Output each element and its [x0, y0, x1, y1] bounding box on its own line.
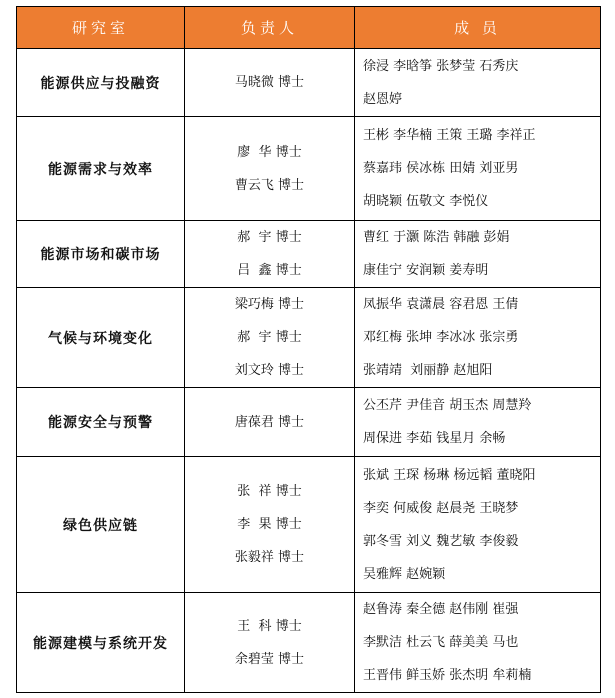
header-department: 研究室	[17, 7, 185, 49]
members-cell: 张斌 王琛 杨琳 杨远韬 董晓阳 李奕 何威俊 赵晨尧 王晓梦 郭冬雪 刘义 魏…	[355, 457, 601, 593]
leader-name: 余碧莹 博士	[185, 643, 354, 676]
members-cell: 凤振华 袁潇晨 容君恩 王倩 邓红梅 张坤 李冰冰 张宗勇 张靖靖 刘丽静 赵旭…	[355, 288, 601, 388]
leader-name: 张 祥 博士	[185, 475, 354, 508]
leader-cell: 王 科 博士 余碧莹 博士	[185, 593, 355, 693]
leader-cell: 郝 宇 博士 吕 鑫 博士	[185, 221, 355, 288]
leader-cell: 唐葆君 博士	[185, 388, 355, 457]
header-leader: 负责人	[185, 7, 355, 49]
table-row: 能源供应与投融资 马晓微 博士 徐浸 李晗筝 张梦莹 石秀庆 赵恩婷	[17, 49, 601, 117]
leader-name: 郝 宇 博士	[185, 321, 354, 354]
members-line: 李奕 何威俊 赵晨尧 王晓梦	[363, 492, 600, 525]
members-line: 邓红梅 张坤 李冰冰 张宗勇	[363, 321, 600, 354]
department-name: 绿色供应链	[17, 457, 185, 593]
department-name: 能源建模与系统开发	[17, 593, 185, 693]
leader-cell: 廖 华 博士 曹云飞 博士	[185, 117, 355, 221]
table-header-row: 研究室 负责人 成 员	[17, 7, 601, 49]
members-line: 张斌 王琛 杨琳 杨远韬 董晓阳	[363, 459, 600, 492]
department-name: 能源安全与预警	[17, 388, 185, 457]
members-line: 李默洁 杜云飞 薛美美 马也	[363, 626, 600, 659]
members-line: 徐浸 李晗筝 张梦莹 石秀庆	[363, 50, 600, 83]
leader-name: 梁巧梅 博士	[185, 288, 354, 321]
members-line: 康佳宁 安润颖 姜寿明	[363, 254, 600, 287]
leader-cell: 马晓微 博士	[185, 49, 355, 117]
department-name: 气候与环境变化	[17, 288, 185, 388]
leader-name: 唐葆君 博士	[185, 406, 354, 439]
research-office-table: 研究室 负责人 成 员 能源供应与投融资 马晓微 博士 徐浸 李晗筝 张梦莹 石…	[16, 6, 601, 693]
table-row: 能源安全与预警 唐葆君 博士 公丕芹 尹佳音 胡玉杰 周慧羚 周保进 李茹 钱星…	[17, 388, 601, 457]
leader-cell: 张 祥 博士 李 果 博士 张毅祥 博士	[185, 457, 355, 593]
members-line: 王晋伟 鲜玉娇 张杰明 牟莉楠	[363, 659, 600, 692]
department-name: 能源供应与投融资	[17, 49, 185, 117]
leader-name: 李 果 博士	[185, 508, 354, 541]
department-name: 能源市场和碳市场	[17, 221, 185, 288]
leader-name: 王 科 博士	[185, 610, 354, 643]
leader-name: 张毅祥 博士	[185, 541, 354, 574]
members-line: 郭冬雪 刘义 魏艺敏 李俊毅	[363, 525, 600, 558]
table-row: 能源建模与系统开发 王 科 博士 余碧莹 博士 赵鲁涛 秦全德 赵伟刚 崔强 李…	[17, 593, 601, 693]
members-line: 蔡嘉玮 侯冰栋 田婧 刘亚男	[363, 152, 600, 185]
members-cell: 曹红 于灏 陈浩 韩融 彭娟 康佳宁 安润颖 姜寿明	[355, 221, 601, 288]
table-row: 绿色供应链 张 祥 博士 李 果 博士 张毅祥 博士 张斌 王琛 杨琳 杨远韬 …	[17, 457, 601, 593]
members-line: 张靖靖 刘丽静 赵旭阳	[363, 354, 600, 387]
members-cell: 徐浸 李晗筝 张梦莹 石秀庆 赵恩婷	[355, 49, 601, 117]
members-line: 曹红 于灏 陈浩 韩融 彭娟	[363, 221, 600, 254]
members-line: 吴雅辉 赵婉颖	[363, 558, 600, 591]
table-row: 能源需求与效率 廖 华 博士 曹云飞 博士 王彬 李华楠 王策 王璐 李祥正 蔡…	[17, 117, 601, 221]
table-row: 气候与环境变化 梁巧梅 博士 郝 宇 博士 刘文玲 博士 凤振华 袁潇晨 容君恩…	[17, 288, 601, 388]
members-cell: 王彬 李华楠 王策 王璐 李祥正 蔡嘉玮 侯冰栋 田婧 刘亚男 胡晓颖 伍敬文 …	[355, 117, 601, 221]
members-cell: 公丕芹 尹佳音 胡玉杰 周慧羚 周保进 李茹 钱星月 余畅	[355, 388, 601, 457]
members-line: 胡晓颖 伍敬文 李悦仪	[363, 185, 600, 218]
members-cell: 赵鲁涛 秦全德 赵伟刚 崔强 李默洁 杜云飞 薛美美 马也 王晋伟 鲜玉娇 张杰…	[355, 593, 601, 693]
members-line: 周保进 李茹 钱星月 余畅	[363, 422, 600, 455]
header-members: 成 员	[355, 7, 601, 49]
members-line: 凤振华 袁潇晨 容君恩 王倩	[363, 288, 600, 321]
leader-name: 曹云飞 博士	[185, 169, 354, 202]
members-line: 赵恩婷	[363, 83, 600, 116]
department-name: 能源需求与效率	[17, 117, 185, 221]
members-line: 公丕芹 尹佳音 胡玉杰 周慧羚	[363, 389, 600, 422]
leader-cell: 梁巧梅 博士 郝 宇 博士 刘文玲 博士	[185, 288, 355, 388]
leader-name: 刘文玲 博士	[185, 354, 354, 387]
table-row: 能源市场和碳市场 郝 宇 博士 吕 鑫 博士 曹红 于灏 陈浩 韩融 彭娟 康佳…	[17, 221, 601, 288]
leader-name: 马晓微 博士	[185, 66, 354, 99]
leader-name: 郝 宇 博士	[185, 221, 354, 254]
leader-name: 吕 鑫 博士	[185, 254, 354, 287]
leader-name: 廖 华 博士	[185, 136, 354, 169]
members-line: 王彬 李华楠 王策 王璐 李祥正	[363, 119, 600, 152]
members-line: 赵鲁涛 秦全德 赵伟刚 崔强	[363, 593, 600, 626]
